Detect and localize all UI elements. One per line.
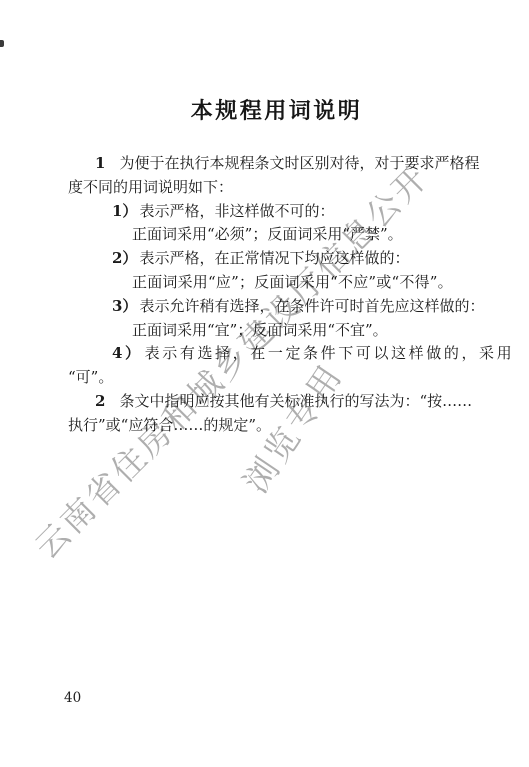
item-3-title: 3）表示允许稍有选择，在条件许可时首先应这样做的： <box>68 295 478 319</box>
item-2-definition: 正面词采用“应”；反面词采用“不应”或“不得”。 <box>68 271 478 295</box>
clause-1-line-1: 1为便于在执行本规程条文时区别对待，对于要求严格程 <box>68 152 478 176</box>
clause-text: 度不同的用词说明如下： <box>68 178 233 196</box>
item-text: 正面词采用“应”；反面词采用“不应”或“不得”。 <box>132 273 453 291</box>
page-number: 40 <box>64 690 81 706</box>
clause-text: 为便于在执行本规程条文时区别对待，对于要求严格程 <box>119 154 479 172</box>
item-4-title: 4）表示有选择，在一定条件下可以这样做的，采用 <box>68 342 478 366</box>
clause-number: 1 <box>95 154 105 172</box>
clause-number: 2 <box>95 392 105 410</box>
item-text: 正面词采用“宜”；反面词采用“不宜”。 <box>132 321 388 339</box>
clause-1-line-2: 度不同的用词说明如下： <box>68 176 478 200</box>
clause-text: 执行”或“应符合……的规定”。 <box>68 416 271 434</box>
body-text: 1为便于在执行本规程条文时区别对待，对于要求严格程 度不同的用词说明如下： 1）… <box>68 152 478 438</box>
clause-text: 条文中指明应按其他有关标准执行的写法为：“按…… <box>119 392 472 410</box>
item-number: 3） <box>112 297 137 315</box>
item-number: 4） <box>112 344 143 362</box>
item-text: 表示严格，在正常情况下均应这样做的： <box>139 249 409 267</box>
document-page: 本规程用词说明 1为便于在执行本规程条文时区别对待，对于要求严格程 度不同的用词… <box>0 0 529 767</box>
item-4-continuation: “可”。 <box>68 366 478 390</box>
item-1-title: 1）表示严格，非这样做不可的： <box>68 200 478 224</box>
item-3-definition: 正面词采用“宜”；反面词采用“不宜”。 <box>68 319 478 343</box>
clause-2-line-2: 执行”或“应符合……的规定”。 <box>68 414 478 438</box>
item-number: 1） <box>112 202 137 220</box>
item-1-definition: 正面词采用“必须”；反面词采用“严禁”。 <box>68 223 478 247</box>
item-text: “可”。 <box>68 368 113 386</box>
clause-2-line-1: 2条文中指明应按其他有关标准执行的写法为：“按…… <box>68 390 478 414</box>
item-2-title: 2）表示严格，在正常情况下均应这样做的： <box>68 247 478 271</box>
item-text: 表示有选择，在一定条件下可以这样做的，采用 <box>145 344 515 362</box>
scan-artifact <box>0 40 4 47</box>
page-title: 本规程用词说明 <box>12 94 529 125</box>
item-text: 正面词采用“必须”；反面词采用“严禁”。 <box>132 225 403 243</box>
item-text: 表示允许稍有选择，在条件许可时首先应这样做的： <box>139 297 484 315</box>
item-text: 表示严格，非这样做不可的： <box>139 202 334 220</box>
item-number: 2） <box>112 249 137 267</box>
